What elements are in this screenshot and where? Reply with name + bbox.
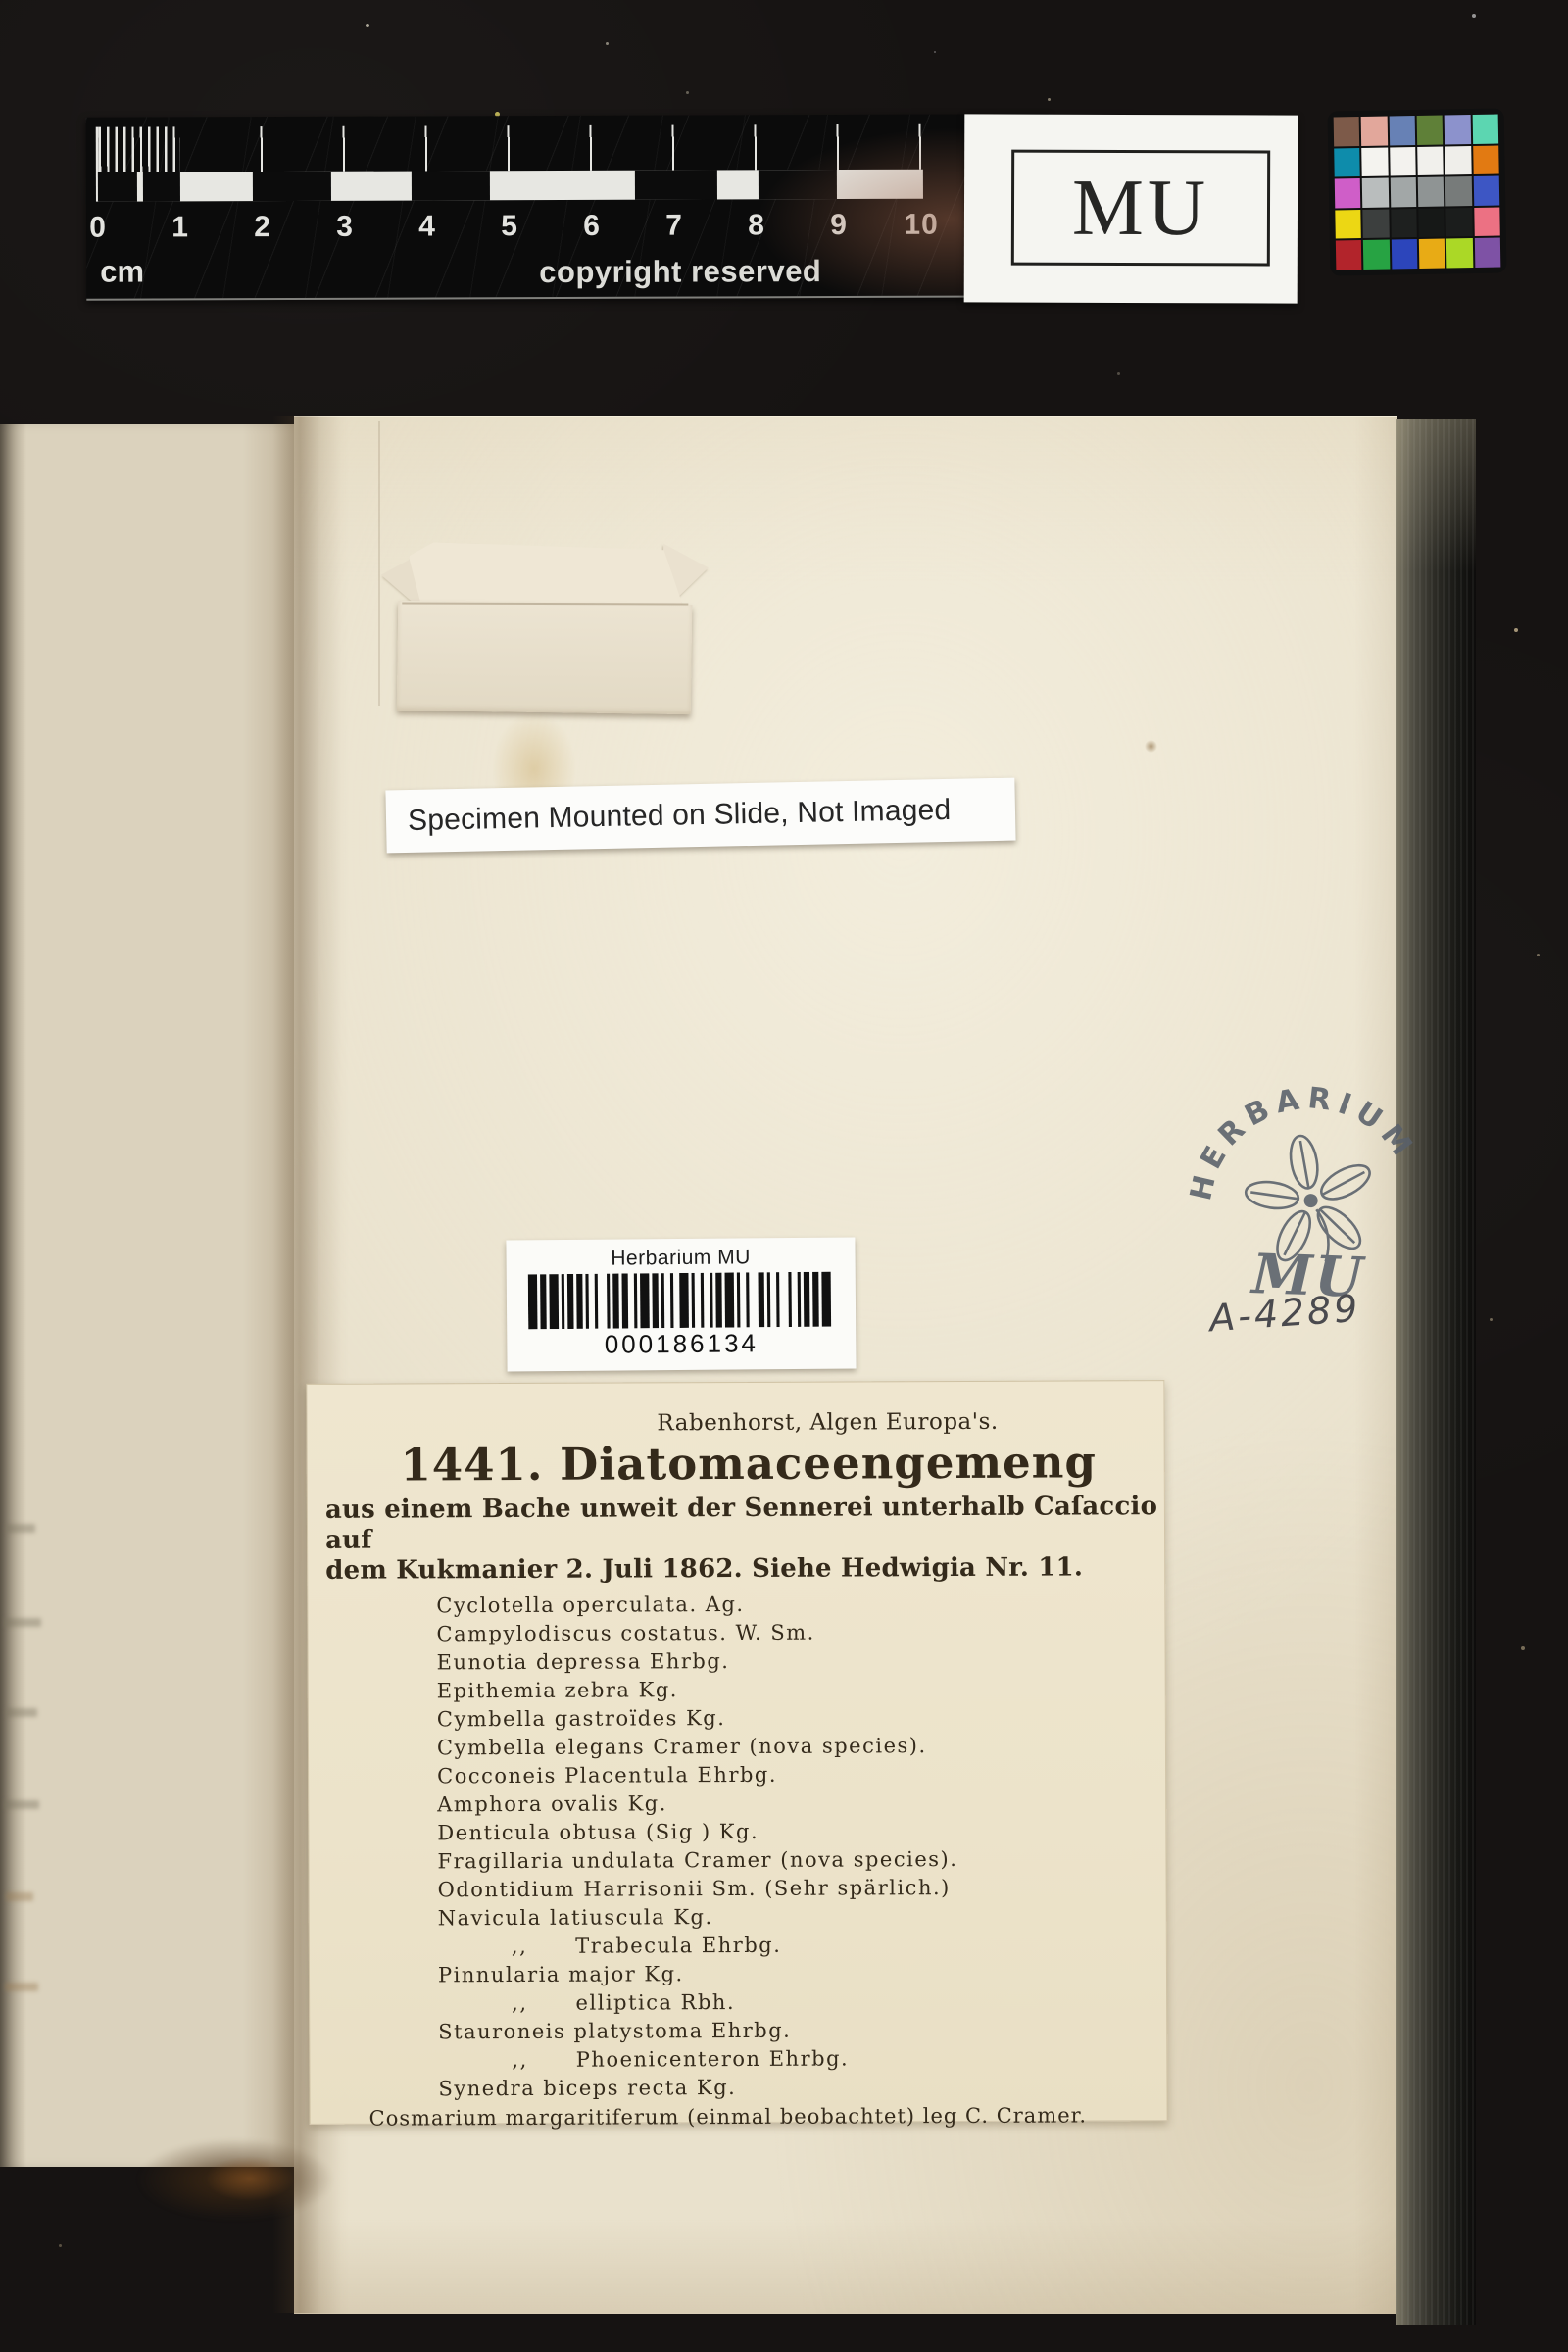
ruler-number: 2 — [254, 211, 271, 244]
species-line: Navicula latiuscula Kg. — [310, 1901, 1166, 1934]
show-through-text — [6, 1708, 37, 1717]
species-line: Denticula obtusa (Sig ) Kg. — [309, 1816, 1165, 1848]
background-speck — [934, 51, 936, 53]
species-line: ,, Phoenicenteron Ehrbg. — [310, 2043, 1166, 2076]
species-line: Epithemia zebra Kg. — [309, 1674, 1165, 1706]
species-line: Eunotia depressa Ehrbg. — [309, 1645, 1165, 1678]
color-swatch — [1474, 207, 1500, 236]
ruler-number: 7 — [665, 210, 683, 243]
color-swatch — [1418, 177, 1445, 207]
label-locality-line: aus einem Bache unweit der Sennerei unte… — [308, 1492, 1164, 1556]
svg-text:HERBARIUM: HERBARIUM — [1184, 1077, 1425, 1210]
background-speck — [1117, 372, 1120, 375]
color-swatch — [1390, 177, 1416, 207]
color-swatch — [1391, 209, 1417, 238]
color-swatch — [1445, 115, 1471, 144]
species-line: Cyclotella operculata. Ag. — [308, 1589, 1164, 1621]
barcode-institution: Herbarium MU — [506, 1245, 855, 1271]
color-swatch — [1417, 116, 1444, 145]
species-line: Cocconeis Placentula Ehrbg. — [309, 1759, 1165, 1791]
background-speck — [1514, 628, 1518, 632]
mu-card-frame: MU — [1011, 150, 1270, 267]
species-line: Campylodiscus costatus. W. Sm. — [308, 1617, 1164, 1649]
left-page-edge — [0, 424, 296, 2167]
show-through-text — [5, 1983, 38, 1991]
species-line: Pinnularia major Kg. — [310, 1958, 1166, 1990]
color-swatch — [1472, 115, 1498, 144]
background-speck — [1048, 98, 1051, 101]
species-line: Cymbella elegans Cramer (nova species). — [309, 1731, 1165, 1763]
ruler-number: 4 — [418, 210, 436, 243]
show-through-text — [4, 1800, 39, 1809]
species-line: Stauroneis platystoma Ehrbg. — [310, 2015, 1166, 2047]
color-swatch — [1361, 117, 1388, 146]
color-swatch — [1334, 117, 1360, 146]
scale-bar: 012345678910 cm copyright reserved — [86, 114, 1050, 300]
species-line: Fragillaria undulata Cramer (nova specie… — [309, 1844, 1165, 1877]
color-swatch — [1417, 146, 1444, 175]
ruler-number: 6 — [583, 210, 601, 243]
mu-card: MU — [964, 114, 1298, 303]
label-title: 1441. Diatomaceengemeng — [308, 1436, 1164, 1492]
ruler-number: 3 — [336, 211, 354, 244]
slide-note-label: Specimen Mounted on Slide, Not Imaged — [385, 778, 1015, 854]
background-speck — [366, 24, 369, 27]
species-line: Synedra biceps recta Kg. — [310, 2072, 1166, 2104]
herbarium-scan: 012345678910 cm copyright reserved MU Sp… — [0, 0, 1568, 2352]
color-swatch — [1473, 176, 1499, 206]
specimen-label: Rabenhorst, Algen Europa's. 1441. Diatom… — [306, 1380, 1167, 2125]
background-speck — [1472, 14, 1476, 18]
color-swatch — [1390, 147, 1416, 176]
show-through-text — [6, 1892, 33, 1901]
show-through-text — [6, 1524, 35, 1533]
book-fore-edge — [1396, 419, 1476, 2325]
collector-line: Cosmarium margaritiferum (einmal beobach… — [311, 2101, 1167, 2133]
slide-note-text: Specimen Mounted on Slide, Not Imaged — [386, 794, 952, 839]
ruler-number: 0 — [89, 212, 107, 245]
background-speck — [606, 42, 609, 45]
species-line: ,, elliptica Rbh. — [310, 1986, 1166, 2019]
background-speck — [1490, 1318, 1493, 1321]
color-swatch — [1473, 145, 1499, 174]
species-line: Amphora ovalis Kg. — [309, 1788, 1165, 1820]
barcode-number: 000186134 — [507, 1327, 856, 1360]
species-line: Cymbella gastroïdes Kg. — [309, 1702, 1165, 1735]
mu-card-label: MU — [1072, 162, 1209, 254]
label-locality-line: dem Kukmanier 2. Juli 1862. Siehe Hedwig… — [308, 1552, 1164, 1587]
color-swatch — [1363, 240, 1390, 269]
specimen-packet — [379, 532, 711, 718]
color-swatch — [1446, 208, 1473, 237]
color-swatch — [1335, 178, 1361, 208]
barcode-label: Herbarium MU 000186134 — [506, 1237, 856, 1371]
species-line: ,, Trabecula Ehrbg. — [310, 1930, 1166, 1962]
color-swatch — [1446, 238, 1473, 268]
color-swatch — [1363, 209, 1390, 238]
packet-flap — [408, 542, 683, 611]
color-swatch — [1389, 116, 1415, 145]
color-swatch — [1445, 146, 1472, 175]
color-swatch — [1418, 208, 1445, 237]
ruler-number: 5 — [501, 210, 518, 243]
species-list: Cyclotella operculata. Ag.Campylodiscus … — [308, 1589, 1166, 2133]
color-swatch — [1335, 210, 1361, 239]
packet-body — [397, 601, 693, 714]
background-speck — [1521, 1646, 1525, 1650]
show-through-text — [4, 1618, 41, 1627]
barcode — [528, 1272, 834, 1330]
species-line: Odontidium Harrisonii Sm. (Sehr spärlich… — [310, 1873, 1166, 1905]
background-speck — [686, 91, 689, 94]
color-swatch — [1362, 178, 1389, 208]
spot-stain — [1145, 740, 1157, 753]
stamp-arc-text: HERBARIUM — [1184, 1077, 1425, 1210]
ruler-number: 1 — [171, 211, 189, 244]
corner-stain — [206, 2156, 294, 2201]
color-swatch — [1336, 240, 1362, 269]
color-swatch — [1474, 238, 1500, 268]
label-series: Rabenhorst, Algen Europa's. — [307, 1381, 1163, 1438]
background-speck — [59, 2244, 62, 2247]
color-swatch — [1362, 147, 1389, 176]
color-swatch — [1334, 148, 1360, 177]
background-speck — [1537, 954, 1540, 956]
color-swatch — [1445, 176, 1472, 206]
ruler-unit-label: cm — [100, 255, 144, 290]
color-calibration-chart — [1328, 108, 1507, 275]
color-swatch — [1392, 239, 1418, 269]
color-swatch — [1419, 239, 1445, 269]
